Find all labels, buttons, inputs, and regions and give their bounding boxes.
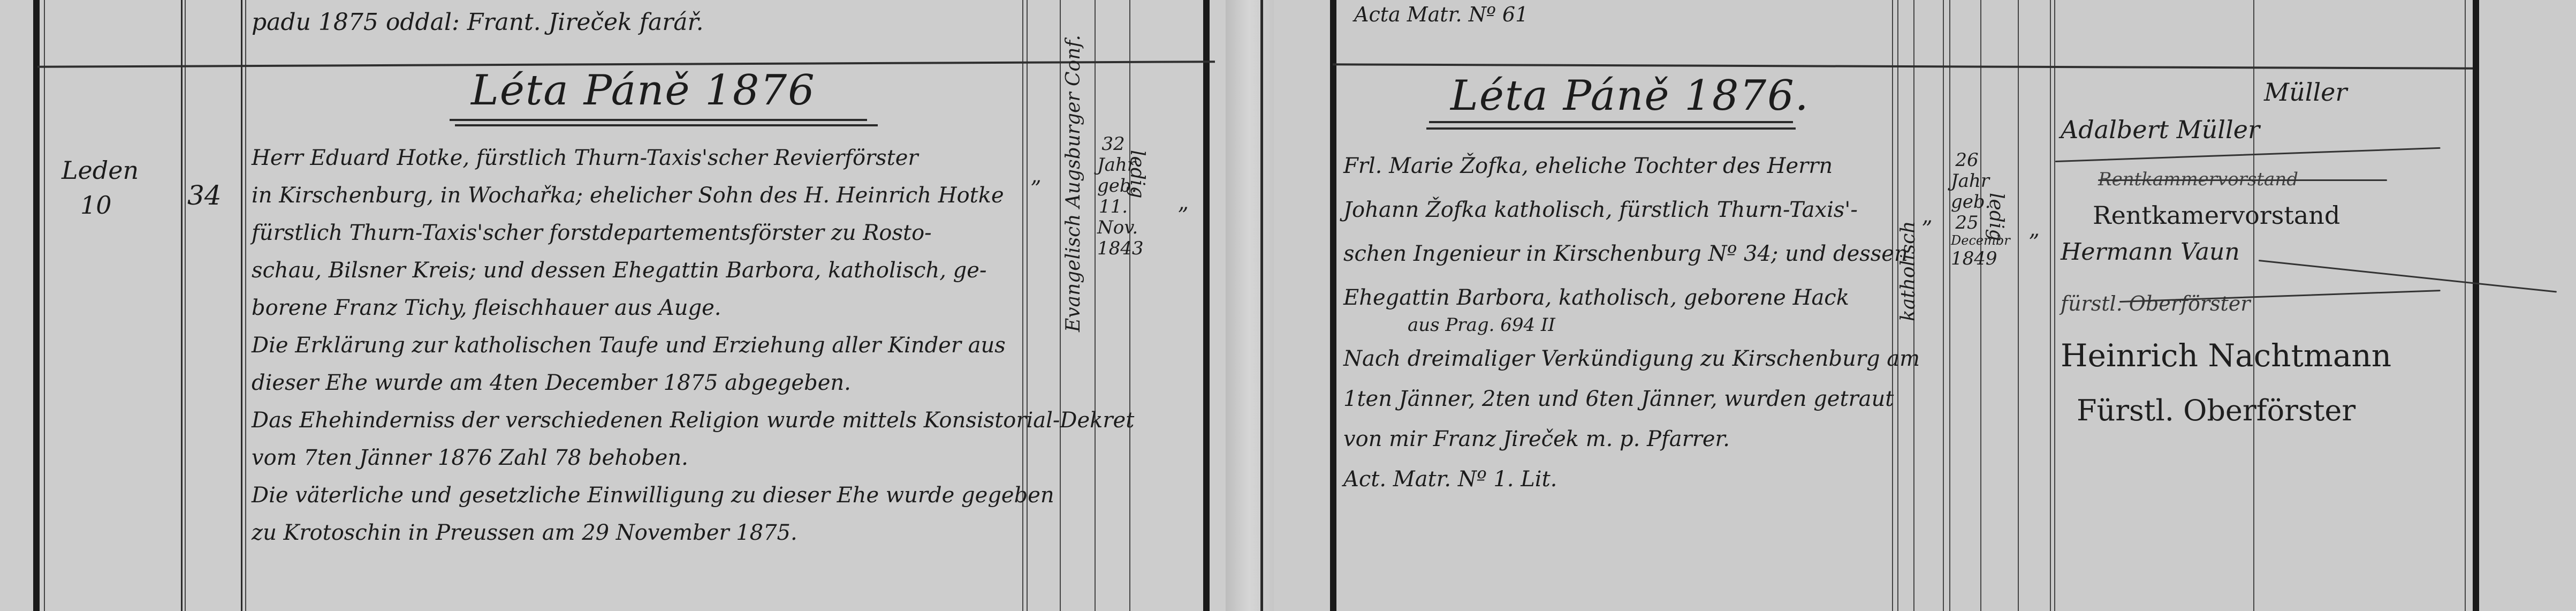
witness-signature: Heinrich Nachtmann — [2061, 337, 2391, 374]
strikethrough-line — [2055, 147, 2441, 162]
entry-line: Frl. Marie Žofka, eheliche Tochter des H… — [1343, 155, 1833, 177]
birth-year: 1843 — [1097, 238, 1129, 259]
witness-title: Rentkamervorstand — [2093, 201, 2340, 230]
witness-title-struck: fürstl. Oberförster — [2061, 292, 2250, 315]
entry-line: Ehegattin Barbora, katholisch, geborene … — [1343, 287, 1849, 308]
entry-line: fürstlich Thurn-Taxis'scher forstdeparte… — [252, 222, 932, 244]
born-label: geb. — [1097, 176, 1129, 197]
ditto-mark: ” — [1921, 217, 1932, 242]
column-divider-religion — [1060, 0, 1061, 611]
heading-underline — [450, 119, 867, 121]
entry-line: aus Prag. 694 II — [1408, 316, 1555, 334]
ditto-mark: ” — [1030, 177, 1041, 201]
entry-line: Die Erklärung zur katholischen Taufe und… — [252, 335, 1006, 356]
year-divider-line — [1333, 63, 2473, 69]
birth-month: Nov. — [1097, 217, 1129, 238]
bride-birth-date: 26 Jahr geb. 25 Decembr 1849 — [1951, 150, 1983, 269]
column-divider-witness — [2050, 0, 2051, 611]
page-border-left — [1330, 0, 1336, 611]
entry-line: borene Franz Tichy, fleischhauer aus Aug… — [252, 297, 721, 319]
carryover-text: padu 1875 oddal: Frant. Jireček farář. — [252, 11, 704, 34]
age-value: 32 — [1097, 134, 1129, 155]
groom-religion: Evangelisch Augsburger Conf. — [1062, 35, 1084, 332]
carryover-text: Acta Matr. Nº 61 — [1354, 4, 1528, 25]
entry-line: in Kirschenburg, in Wochařka; ehelicher … — [252, 185, 1004, 206]
entry-line: zu Krotoschin in Preussen am 29 November… — [252, 522, 797, 544]
heading-underline — [1429, 121, 1793, 123]
birth-day: 11. — [1097, 197, 1129, 217]
entry-line: Nach dreimaliger Verkündigung zu Kirsche… — [1343, 348, 1920, 369]
pen-flourish — [2259, 260, 2557, 293]
bride-religion: katholisch — [1897, 221, 1919, 321]
marriage-month: Leden — [62, 158, 139, 183]
column-divider-number — [241, 0, 242, 611]
column-divider-status — [1129, 0, 1130, 611]
right-page: Acta Matr. Nº 61 Léta Páně 1876. Frl. Ma… — [1274, 0, 2576, 611]
house-number: 34 — [187, 182, 222, 209]
witness-signature-struck: Adalbert Müller — [2061, 115, 2260, 144]
heading-underline — [455, 124, 878, 126]
ditto-mark: ” — [2028, 230, 2039, 255]
marriage-day: 10 — [80, 193, 112, 217]
rule-line — [1949, 0, 1950, 611]
witness-signature: Hermann Vaun — [2061, 238, 2240, 266]
year-heading: Léta Páně 1876 — [471, 70, 816, 111]
gutter-line — [1260, 0, 1263, 611]
entry-line: Johann Žofka katholisch, fürstlich Thurn… — [1343, 199, 1858, 221]
entry-line: Die väterliche und gesetzliche Einwillig… — [252, 485, 1054, 506]
birth-month: Decembr — [1951, 233, 1983, 248]
entry-line: vom 7ten Jänner 1876 Zahl 78 behoben. — [252, 447, 688, 469]
column-divider-age — [1980, 0, 1981, 611]
entry-line: dieser Ehe wurde am 4ten December 1875 a… — [252, 372, 851, 394]
page-border-right — [2473, 0, 2479, 611]
rule-line — [185, 0, 186, 611]
page-border-left — [33, 0, 40, 611]
age-value: 26 — [1951, 150, 1983, 171]
witness-title: Fürstl. Oberförster — [2077, 394, 2355, 427]
page-border-right — [1203, 0, 1210, 611]
witness-signature: Müller — [2264, 78, 2347, 107]
column-divider-text — [1892, 0, 1893, 611]
groom-birth-date: 32 Jahr geb. 11. Nov. 1843 — [1097, 134, 1129, 260]
rule-line — [2054, 0, 2055, 611]
born-label: geb. — [1951, 192, 1983, 213]
column-divider-date — [181, 0, 183, 611]
entry-line: schen Ingenieur in Kirschenburg Nº 34; u… — [1343, 243, 1908, 265]
ditto-mark: ” — [1177, 203, 1188, 228]
column-divider-status — [2018, 0, 2019, 611]
column-divider-ditto — [1943, 0, 1944, 611]
year-heading: Léta Páně 1876. — [1450, 75, 1810, 117]
age-unit: Jahr — [1951, 171, 1983, 192]
column-divider-text — [1022, 0, 1023, 611]
rule-line — [245, 0, 246, 611]
strikethrough-line — [2098, 179, 2387, 181]
rule-line — [44, 0, 45, 611]
birth-year: 1849 — [1951, 248, 1983, 269]
entry-line: Herr Eduard Hotke, fürstlich Thurn-Taxis… — [252, 147, 918, 169]
birth-day: 25 — [1951, 213, 1983, 233]
rule-line — [1027, 0, 1028, 611]
left-page: padu 1875 oddal: Frant. Jireček farář. L… — [0, 0, 1231, 611]
bride-status: ledig — [1985, 193, 2007, 241]
entry-line: 1ten Jänner, 2ten und 6ten Jänner, wurde… — [1343, 388, 1894, 410]
entry-line: von mir Franz Jireček m. p. Pfarrer. — [1343, 428, 1730, 450]
entry-line: schau, Bilsner Kreis; und dessen Ehegatt… — [252, 260, 986, 281]
heading-underline — [1426, 127, 1796, 130]
rule-line — [2465, 0, 2466, 611]
column-divider-witness-inner — [2253, 0, 2254, 611]
groom-status: ledig — [1126, 150, 1148, 198]
entry-line: Act. Matr. Nº 1. Lit. — [1343, 469, 1557, 490]
age-unit: Jahr — [1097, 155, 1129, 176]
column-divider-age — [1095, 0, 1096, 611]
entry-line: Das Ehehinderniss der verschiedenen Reli… — [252, 410, 1134, 431]
